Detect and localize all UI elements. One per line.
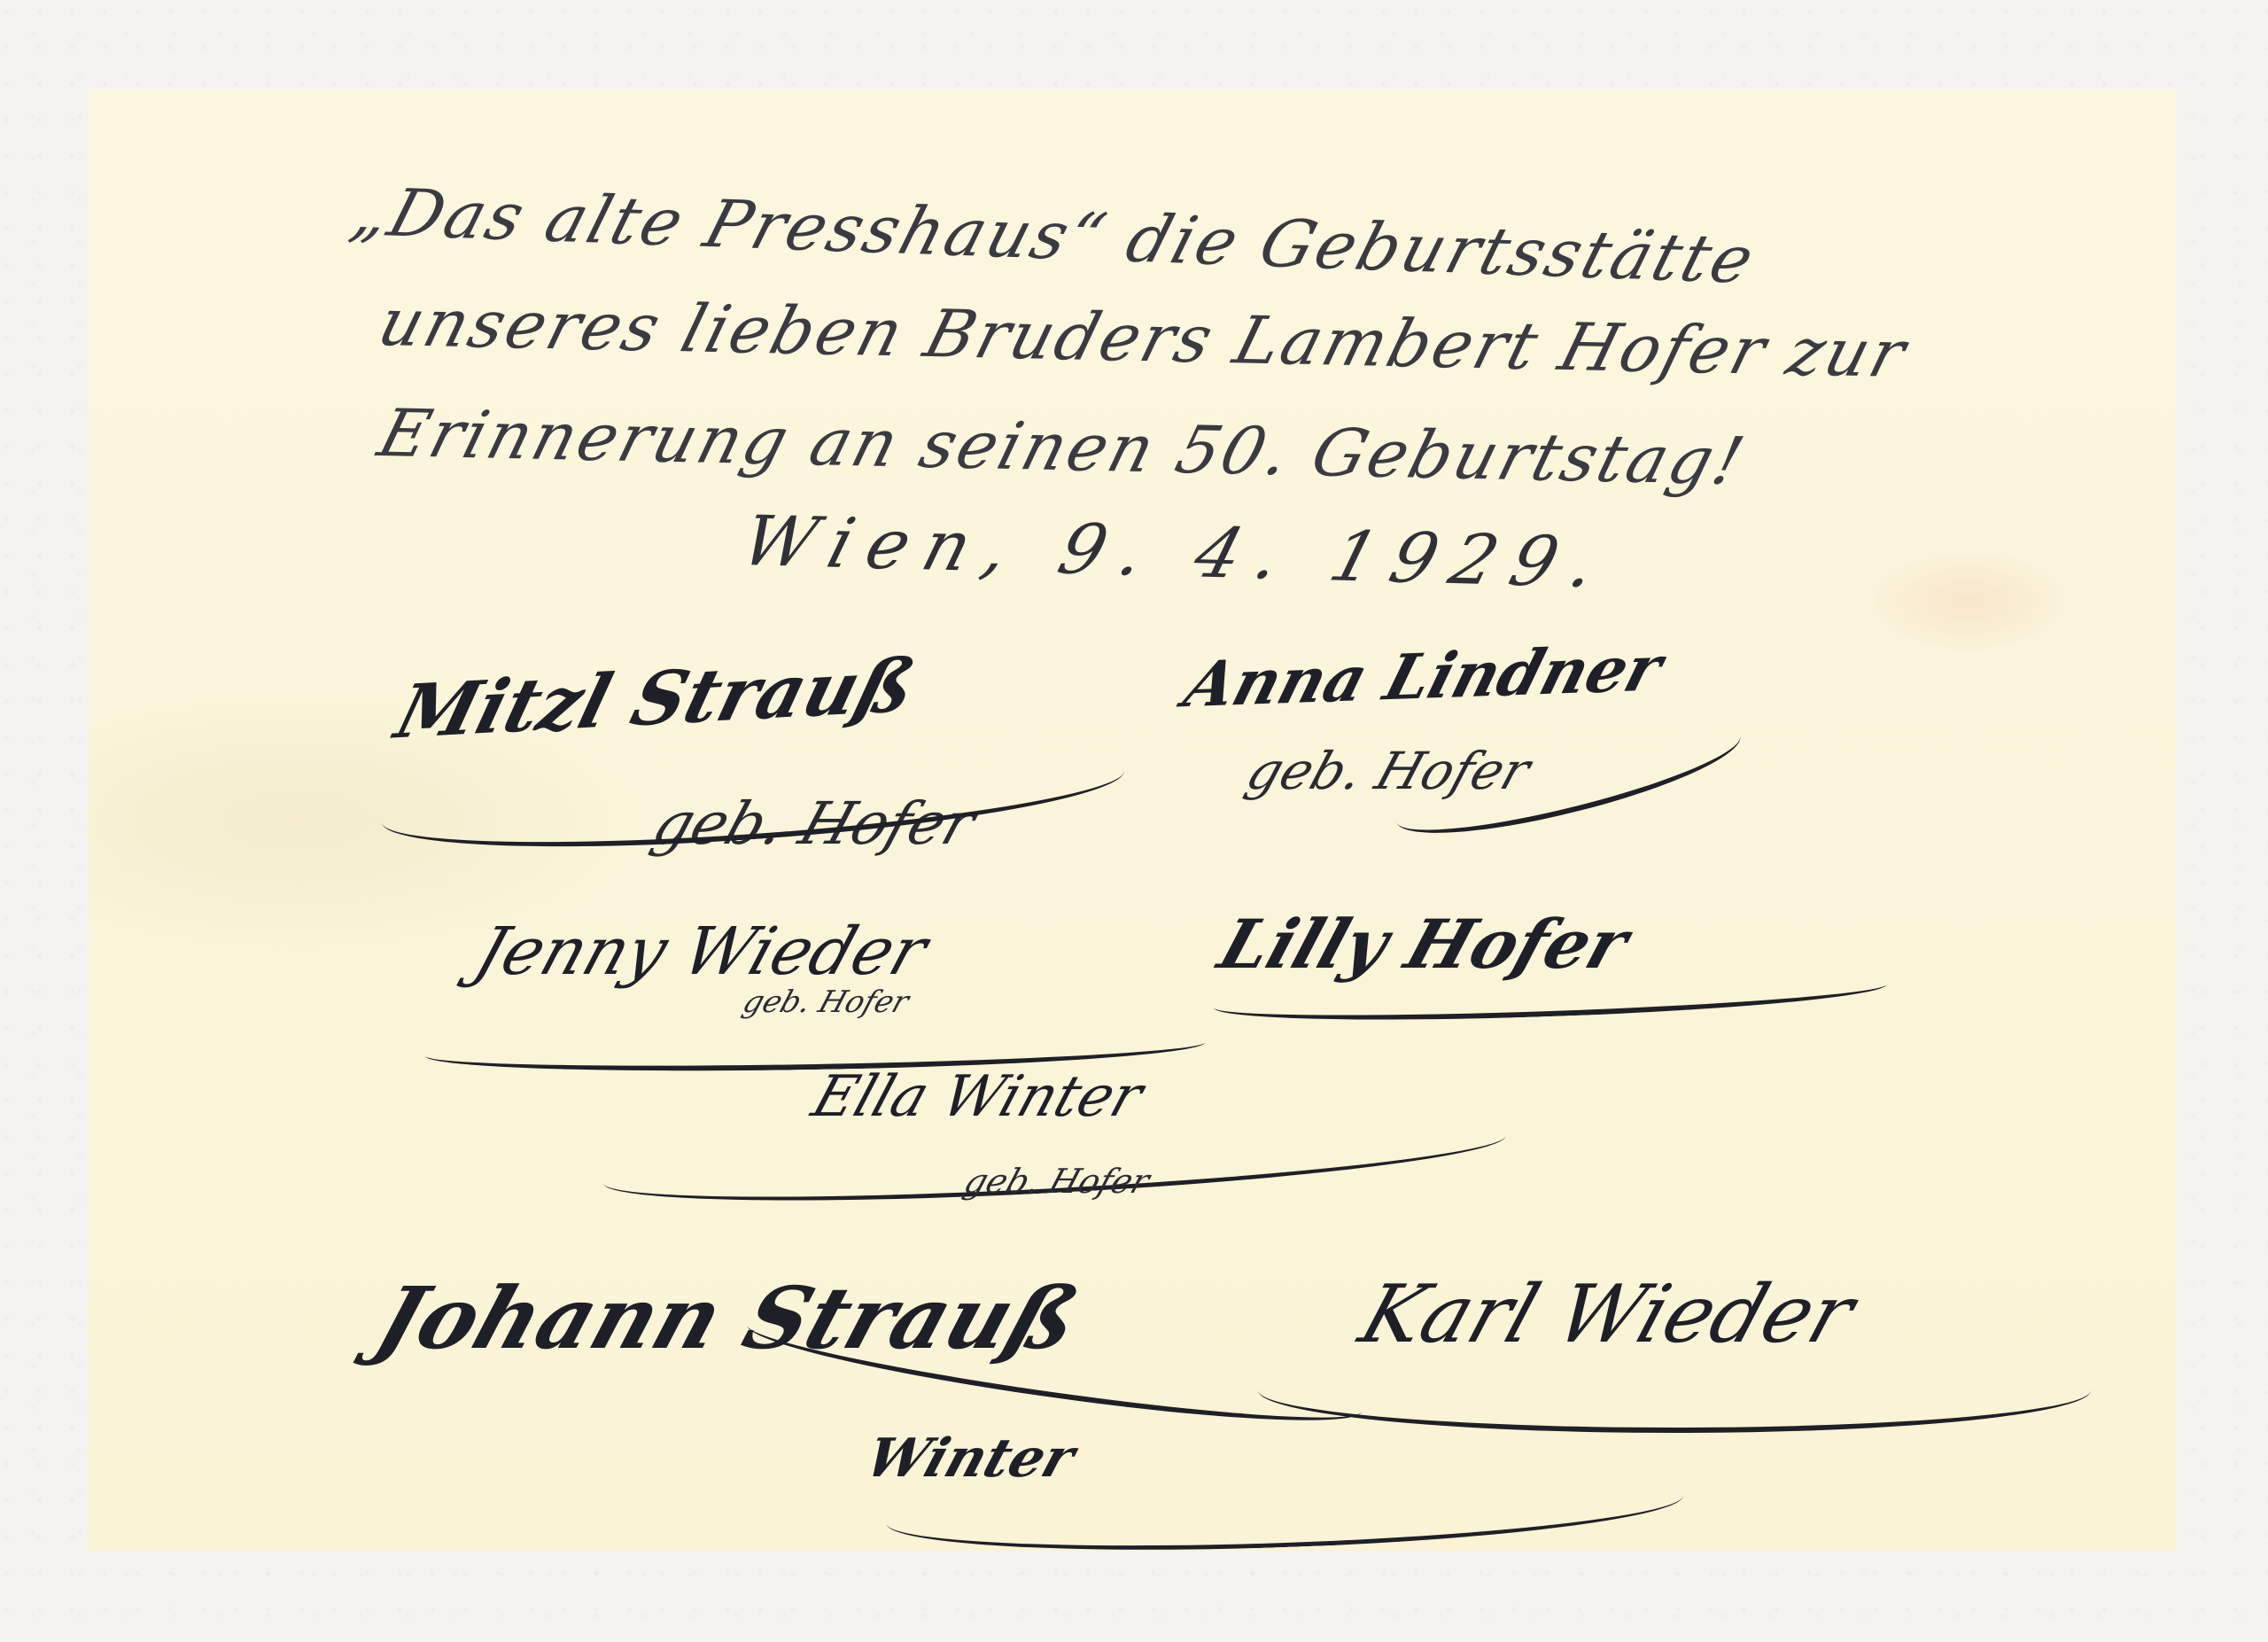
signature-name: Mitzl Strauß	[387, 642, 925, 756]
signature-note: geb. Hofer	[959, 1162, 1154, 1201]
date-line: Wien, 9. 4. 1929.	[734, 502, 1621, 603]
signature-name: Ella Winter	[804, 1064, 1151, 1130]
heading-line-3: Erinnerung an seinen 50. Geburtstag!	[370, 395, 1753, 500]
heading-line-2: unseres lieben Bruders Lambert Hofer zur	[370, 284, 1915, 393]
signature-name: Karl Wieder	[1349, 1268, 1865, 1361]
heading-line-1: „Das alte Presshaus“ die Geburtsstätte	[344, 174, 1765, 298]
paper-sheet: „Das alte Presshaus“ die Geburtsstätte u…	[89, 89, 2177, 1551]
signature-name: Jenny Wieder	[466, 914, 936, 990]
signature-name: Anna Lindner	[1177, 631, 1671, 722]
signature-flourish	[1258, 1348, 2091, 1433]
signature-name: Winter	[858, 1428, 1083, 1490]
signature-note: geb. Hofer	[739, 984, 913, 1020]
signature-name: Lilly Hofer	[1210, 905, 1638, 984]
